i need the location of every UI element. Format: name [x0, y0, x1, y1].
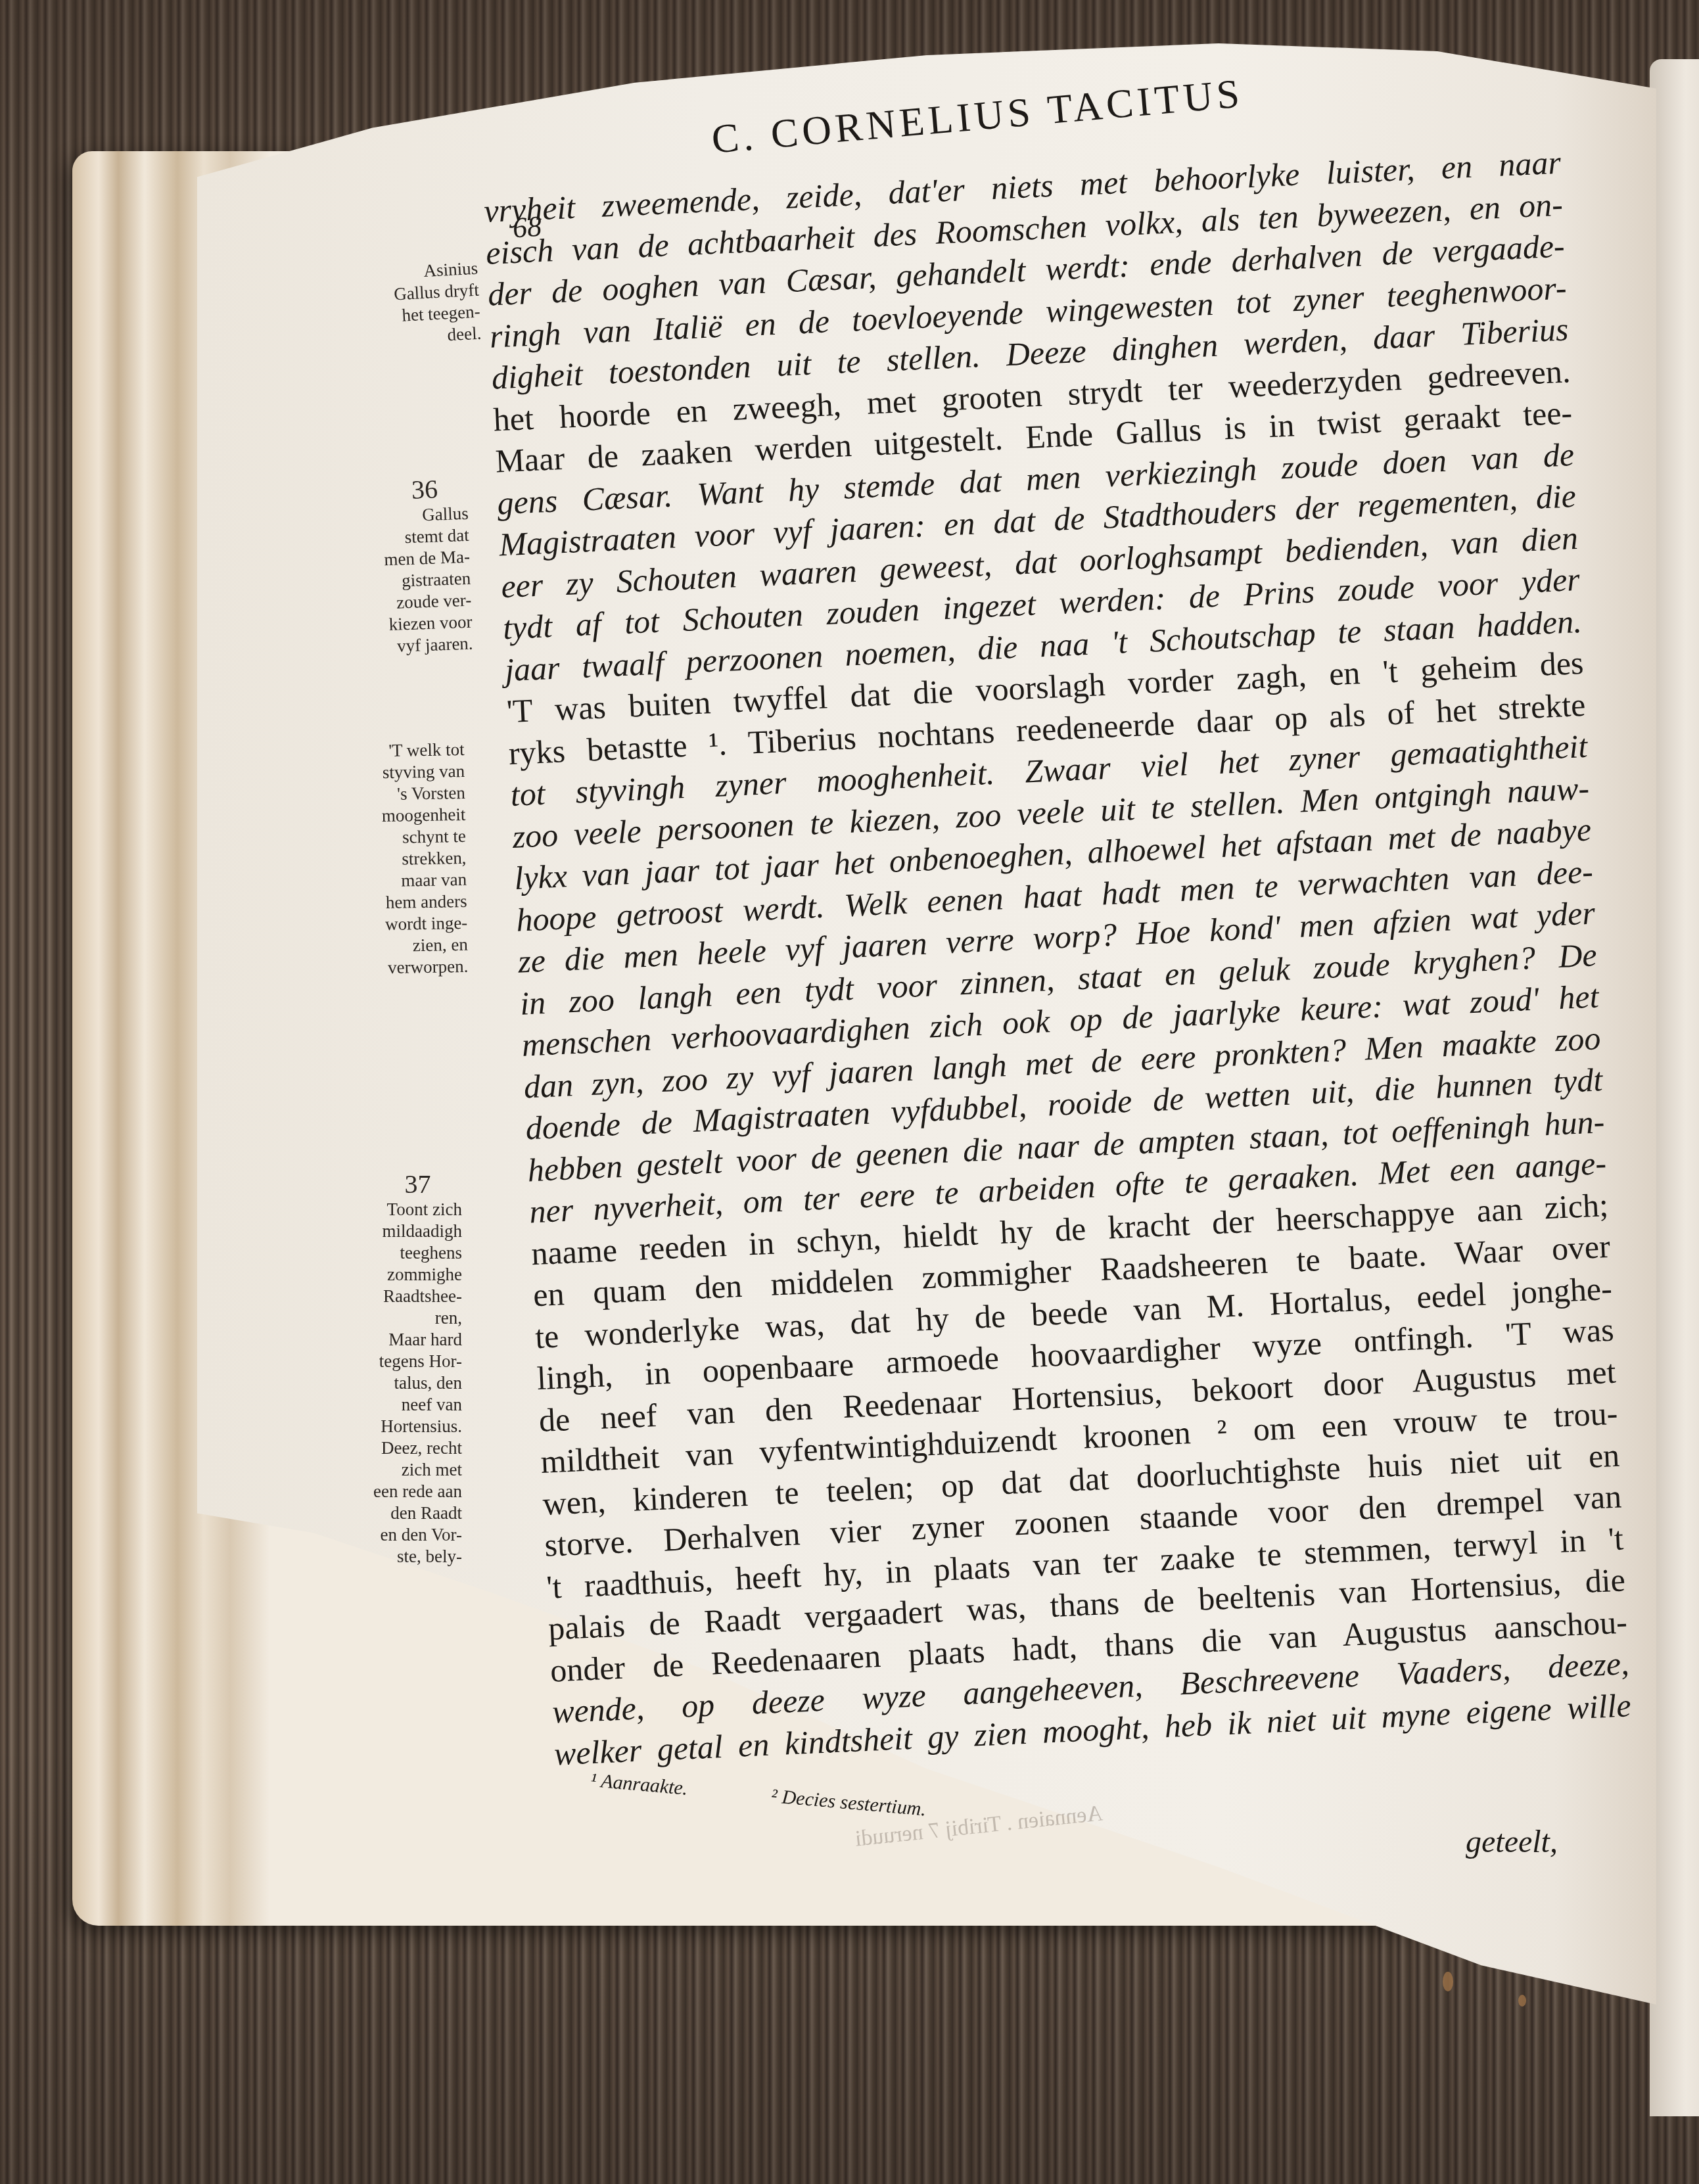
- footnote-2: ² Decies sestertium.: [770, 1785, 927, 1820]
- margin-note-line: strekken,: [383, 847, 467, 870]
- body-text: vryheit zweemende, zeide, dat'er niets m…: [483, 142, 1632, 1775]
- margin-note-line: Hortensius.: [373, 1416, 462, 1437]
- margin-note-line: ste, bely-: [373, 1546, 462, 1568]
- margin-note-line: tegens Hor-: [373, 1351, 462, 1372]
- margin-note-line: zich met: [373, 1459, 462, 1481]
- margin-note-line: maar van: [383, 869, 467, 892]
- margin-note: AsiniusGallus dryfthet teegen-deel.: [392, 258, 482, 349]
- chapter-number: 37: [373, 1173, 462, 1195]
- margin-note-line: wordt inge-: [383, 912, 467, 935]
- margin-note-line: den Raadt: [373, 1502, 462, 1524]
- margin-note-line: Maar hard: [373, 1329, 462, 1351]
- margin-note-line: moogenheit: [382, 804, 466, 827]
- chapter-number: 36: [381, 477, 468, 502]
- margin-note-line: zien, en: [384, 934, 468, 957]
- margin-note-line: kiezen voor: [386, 611, 473, 636]
- margin-note-line: talus, den: [373, 1372, 462, 1394]
- margin-note-line: zommighe: [373, 1264, 462, 1286]
- margin-note-line: teeghens: [373, 1242, 462, 1264]
- running-head: C. CORNELIUS TACITUS: [710, 70, 1245, 163]
- catchword: geteelt,: [1466, 1824, 1558, 1860]
- margin-note-line: mildaadigh: [373, 1220, 462, 1242]
- margin-note-line: Deez, recht: [373, 1437, 462, 1459]
- margin-note-line: Gallus: [383, 503, 469, 528]
- margin-note: 37Toont zichmildaadighteeghenszommigheRa…: [373, 1173, 462, 1568]
- margin-note-line: schynt te: [382, 825, 466, 848]
- margin-note-line: hem anders: [383, 891, 467, 914]
- margin-note-line: styving van: [381, 760, 465, 783]
- margin-note-line: en den Vor-: [373, 1524, 462, 1546]
- margin-note-line: vyf jaaren.: [387, 633, 474, 658]
- margin-note-line: zoude ver-: [385, 590, 472, 615]
- margin-note-line: gistraaten: [384, 568, 471, 593]
- margin-note-line: 's Vorsten: [381, 782, 465, 805]
- margin-note-line: Raadtshee-: [373, 1286, 462, 1307]
- footnote-1: ¹ Aanraakte.: [590, 1769, 689, 1800]
- margin-note-line: een rede aan: [373, 1481, 462, 1502]
- margin-note-line: verworpen.: [384, 956, 469, 979]
- margin-note-line: ren,: [373, 1307, 462, 1329]
- margin-note-line: Toont zich: [373, 1199, 462, 1220]
- printed-text: C. CORNELIUS TACITUS 68 vryheit zweemend…: [0, 0, 1699, 2184]
- margin-note-line: men de Ma-: [384, 546, 471, 571]
- margin-note-line: deel.: [396, 323, 482, 349]
- margin-note-line: 'T welk tot: [381, 739, 465, 762]
- margin-note-line: stemt dat: [383, 524, 470, 549]
- margin-note-line: neef van: [373, 1394, 462, 1416]
- margin-note: 36Gallusstemt datmen de Ma-gistraatenzou…: [381, 477, 473, 657]
- margin-note: 'T welk totstyving van's Vorstenmoogenhe…: [381, 739, 469, 979]
